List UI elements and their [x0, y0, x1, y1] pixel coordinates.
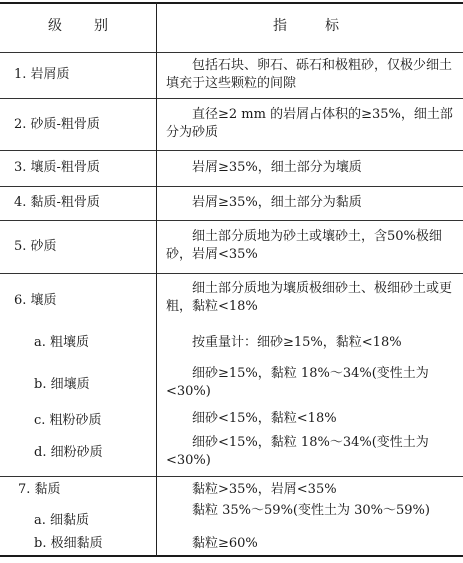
criteria-text: 细砂≥15%，黏粒 18%～34%(变性土为<30%): [166, 365, 456, 401]
level-label: 7. 黏质: [18, 481, 61, 499]
level-label: 1. 岩屑质: [14, 66, 70, 84]
criteria-text: 黏粒>35%，岩屑<35%: [166, 481, 456, 499]
row-rule: [0, 273, 463, 274]
row-rule: [0, 150, 463, 151]
header-level: 级 别: [0, 17, 156, 37]
table-top-rule: [0, 2, 463, 4]
criteria-text: 细土部分质地为壤质极细砂土、极细砂土或更粗，黏粒<18%: [166, 280, 456, 316]
criteria-text: 黏粒 35%～59%(变性土为 30%～59%): [166, 502, 456, 520]
level-label: a. 粗壤质: [34, 334, 89, 352]
level-label: c. 粗粉砂质: [34, 412, 102, 430]
header-criteria: 指 标: [157, 17, 457, 37]
row-rule: [0, 476, 463, 477]
level-label: 4. 黏质-粗骨质: [14, 194, 100, 212]
level-label: b. 细壤质: [34, 376, 90, 394]
row-rule: [0, 98, 463, 99]
header-level-char1: 级: [48, 17, 62, 35]
criteria-text: 细土部分质地为砂土或壤砂土，含50%极细砂，岩屑<35%: [166, 228, 456, 264]
criteria-text: 按重量计：细砂≥15%，黏粒<18%: [166, 334, 456, 352]
level-label: b. 极细黏质: [34, 535, 103, 553]
row-rule: [0, 220, 463, 221]
row-rule: [0, 186, 463, 187]
criteria-text: 直径≥2 mm 的岩屑占体积的≥35%，细土部分为砂质: [166, 106, 456, 142]
level-label: d. 细粉砂质: [34, 444, 103, 462]
header-level-char2: 别: [94, 17, 108, 35]
level-label: 3. 壤质-粗骨质: [14, 159, 100, 177]
level-label: a. 细黏质: [34, 512, 89, 530]
criteria-text: 岩屑≥35%，细土部分为黏质: [166, 194, 456, 212]
level-label: 6. 壤质: [14, 292, 57, 310]
column-divider: [156, 2, 157, 557]
criteria-text: 细砂<15%，黏粒 18%～34%(变性土为<30%): [166, 434, 456, 470]
criteria-text: 包括石块、卵石、砾石和极粗砂，仅极少细土填充于这些颗粒的间隙: [166, 57, 456, 93]
header-criteria-char1: 指: [273, 17, 287, 35]
level-label: 2. 砂质-粗骨质: [14, 116, 100, 134]
criteria-text: 细砂<15%，黏粒<18%: [166, 410, 456, 428]
level-label: 5. 砂质: [14, 238, 57, 256]
header-criteria-char2: 标: [325, 17, 339, 35]
criteria-text: 黏粒≥60%: [166, 535, 456, 553]
header-bottom-rule: [0, 52, 463, 53]
table-bottom-rule: [0, 555, 463, 557]
criteria-text: 岩屑≥35%，细土部分为壤质: [166, 159, 456, 177]
